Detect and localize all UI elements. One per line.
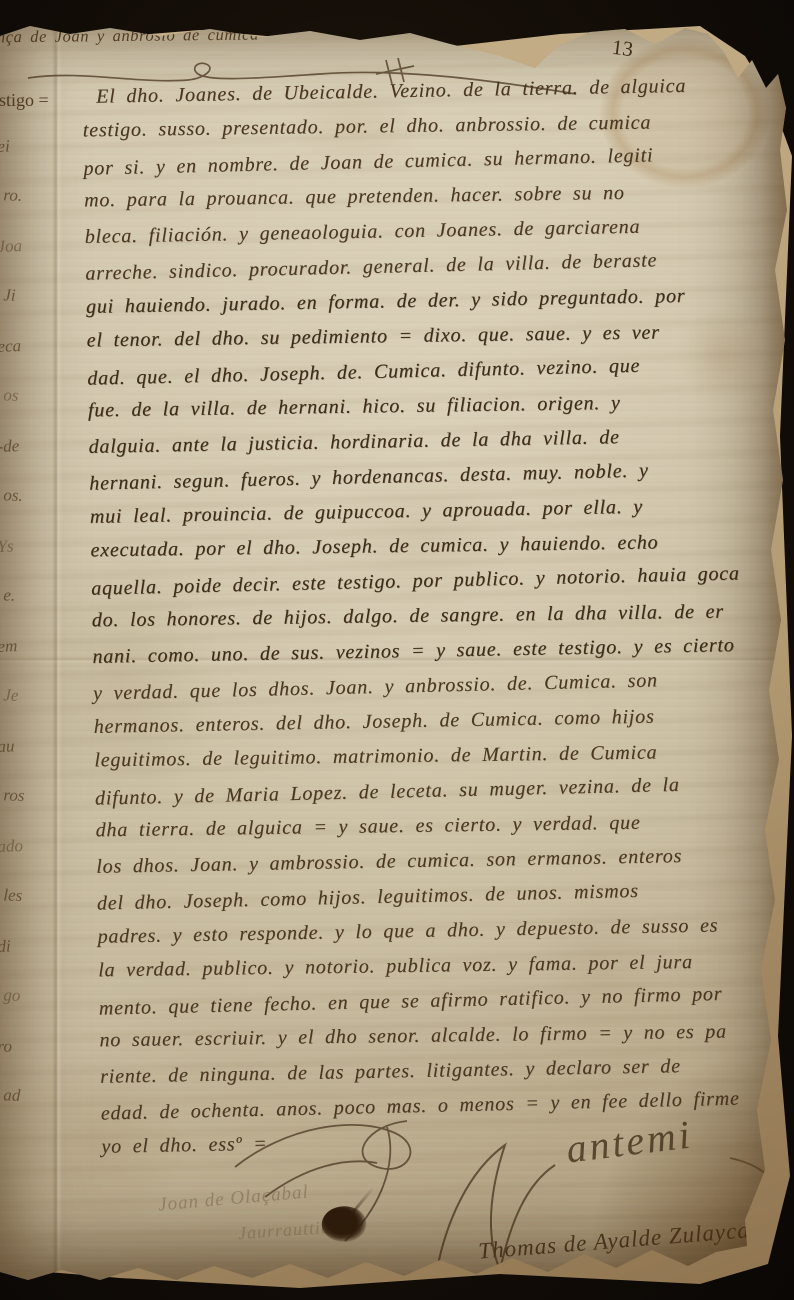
page-edge-fragment: ad [0,1085,54,1136]
page-edge-fragment: ro. [0,185,54,237]
page-edge-fragment: Joa [0,235,54,287]
page-edge-fragment: os [0,385,54,437]
page-edge-fragment: -de [0,435,54,487]
folio-number: 13 [611,35,635,62]
page-edge-fragment: Ys [0,535,54,587]
manuscript-page: ança de Joan y anbrosio de cumica 13 25 … [0,20,790,1286]
photo-backdrop: ança de Joan y anbrosio de cumica 13 25 … [0,0,794,1300]
adjacent-page-edge-fragments: eiro.JoaJiecaos-deos.Yse.emJeaurosadoles… [0,136,54,1136]
page-edge-fragment: os. [0,485,54,537]
corner-number: 25 [744,22,758,38]
page-edge-fragment: ros [0,785,54,837]
page-edge-fragment: e. [0,585,54,637]
page-edge-fragment: ro [0,1035,54,1087]
margin-note-testigo: testigo = [0,90,49,111]
page-edge-fragment: eca [0,335,54,387]
page-edge-fragment: Je [0,685,54,737]
page-edge-fragment: go [0,985,54,1037]
page-edge-fragment: di [0,935,54,987]
page-edge-fragment: ei [0,136,54,187]
page-edge-fragment: ado [0,835,54,887]
page-edge-fragment: em [0,635,54,687]
page-edge-fragment: au [0,735,54,787]
page-edge-fragment: Ji [0,285,54,337]
page-edge-fragment: les [0,885,54,937]
header-note: ança de Joan y anbrosio de cumica [0,25,259,48]
manuscript-body-text: El dho. Joanes. de Ubeicalde. Vezino. de… [82,73,792,1170]
